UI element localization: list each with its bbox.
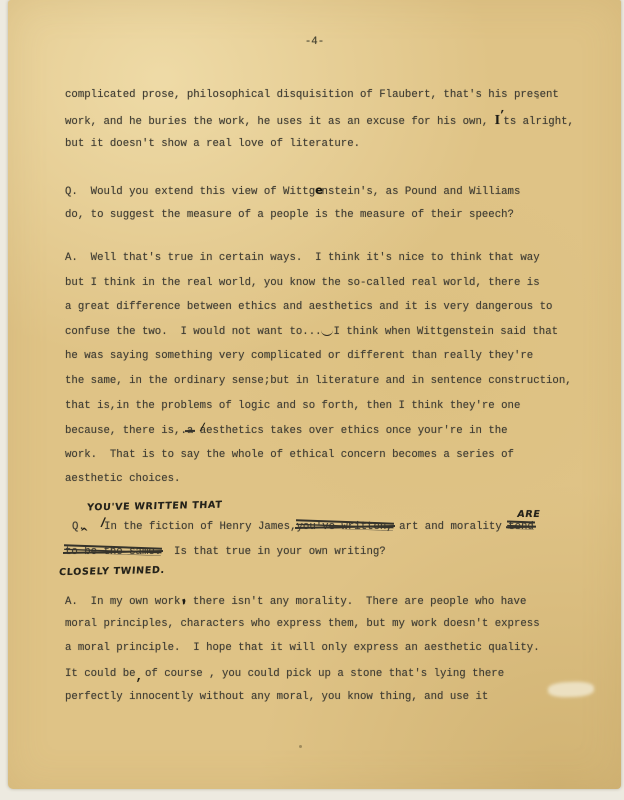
typed-line: a moral principle. I hope that it will o… xyxy=(65,636,540,661)
typed-text: do, to suggest the measure of a people i… xyxy=(65,209,514,221)
answer-ethics-aesthetics: A. Well that's true in certain ways. I t… xyxy=(65,246,572,492)
question-wittgenstein: Q. Would you extend this view of Wittgen… xyxy=(65,178,520,227)
typed-text: A. In my own work xyxy=(65,596,180,608)
typed-line: but it doesn't show a real love of liter… xyxy=(65,132,574,157)
typed-line: but I think in the real world, you know … xyxy=(65,271,572,296)
typed-line: moral principles, characters who express… xyxy=(65,612,540,637)
typed-text: work. That is to say the whole of ethica… xyxy=(65,449,514,461)
typed-line: CLOSELY TWINED.to be the same. Is that t… xyxy=(65,540,624,565)
typed-line: Q. In the fiction of Henry James,you've … xyxy=(72,515,624,540)
struck-phrase: you've written, xyxy=(297,515,393,540)
typed-line: do, to suggest the measure of a people i… xyxy=(65,203,520,228)
typed-text: moral principles, characters who express… xyxy=(65,618,540,630)
typed-text: aesthetics takes over ethics once your'r… xyxy=(200,425,508,437)
typed-text: perfectly innocently without any moral, … xyxy=(65,691,488,703)
typed-text: It could be xyxy=(65,668,136,680)
typed-text: of course , you could pick up a stone th… xyxy=(139,668,505,680)
hand-insertion-text: YOU'VE WRITTEN THAT xyxy=(87,500,223,514)
typed-line: because, there is,.a ∕aesthetics takes o… xyxy=(65,418,572,443)
typed-line: he was saying something very complicated… xyxy=(65,344,572,369)
typed-line: complicated prose, philosophical disquis… xyxy=(65,83,574,108)
typed-line: a great difference between ethics and ae… xyxy=(65,295,572,320)
typed-text: because, there is,. xyxy=(65,425,187,437)
paper-page: -4- complicated prose, philosophical dis… xyxy=(8,0,621,789)
typed-text: ts alright, xyxy=(503,116,574,128)
typed-text: complicated prose, philosophical disquis… xyxy=(65,89,559,101)
typed-text: nstein's, as Pound and Williams xyxy=(322,186,521,198)
typed-text: a moral principle. I hope that it will o… xyxy=(65,642,540,654)
typed-text: a great difference between ethics and ae… xyxy=(65,301,552,313)
question-henry-james: YOU'VE WRITTEN THAT ^ ∕ Q. In the fictio… xyxy=(72,515,624,564)
typed-line: confuse the two. I would not want to...I… xyxy=(65,320,572,345)
typed-line: the same, in the ordinary sense;but in l… xyxy=(65,369,572,394)
typed-text: that is,in the problems of logic and so … xyxy=(65,400,520,412)
typed-text: the same, in the ordinary sense;but in l… xyxy=(65,375,572,387)
typed-text: aesthetic choices. xyxy=(65,473,180,485)
typed-line: Q. Would you extend this view of Wittgen… xyxy=(65,178,520,203)
typed-text: art and morality xyxy=(393,521,508,533)
typed-line: work. That is to say the whole of ethica… xyxy=(65,443,572,468)
typed-line: It could be, of course , you could pick … xyxy=(65,661,540,686)
hand-are: ARE xyxy=(514,503,542,528)
hand-connector-curve xyxy=(321,328,333,336)
paper-speck xyxy=(536,96,539,99)
answer-my-own-work: A. In my own work, there isn't any moral… xyxy=(65,587,540,710)
typed-text: I think when Wittgenstein said that xyxy=(334,326,558,338)
typed-text: but I think in the real world, you know … xyxy=(65,277,540,289)
typed-line: aesthetic choices. xyxy=(65,467,572,492)
typed-text: confuse the two. I would not want to... xyxy=(65,326,322,338)
paper-speck xyxy=(299,745,302,748)
typed-text: there isn't any morality. There are peop… xyxy=(186,596,526,608)
page-number: -4- xyxy=(8,36,621,48)
paragraph-answer-flaubert: complicated prose, philosophical disquis… xyxy=(65,83,574,157)
typed-text: Is that true in your own writing? xyxy=(161,546,385,558)
whiteout-smudge xyxy=(548,681,594,698)
typed-text: but it doesn't show a real love of liter… xyxy=(65,138,360,150)
struck-letter: a xyxy=(187,419,193,444)
typed-line: that is,in the problems of logic and so … xyxy=(65,394,572,419)
typed-text: A. Well that's true in certain ways. I t… xyxy=(65,252,540,264)
struck-word-tend: tendARE xyxy=(508,515,534,540)
typed-line: A. Well that's true in certain ways. I t… xyxy=(65,246,572,271)
hand-caret: ^ xyxy=(80,527,89,538)
typed-text: In the fiction of Henry James, xyxy=(104,521,296,533)
typed-text: work, and he buries the work, he uses it… xyxy=(65,116,495,128)
struck-phrase: to be the same. xyxy=(65,540,161,565)
hand-comma-after-be: , xyxy=(136,665,139,690)
typed-text: Q. Would you extend this view of Wittg xyxy=(65,186,315,198)
typed-line: work, and he buries the work, he uses it… xyxy=(65,108,574,133)
typed-line: A. In my own work, there isn't any moral… xyxy=(65,587,540,612)
typed-text: he was saying something very complicated… xyxy=(65,350,533,362)
hand-apostrophe: ’ xyxy=(499,104,505,129)
